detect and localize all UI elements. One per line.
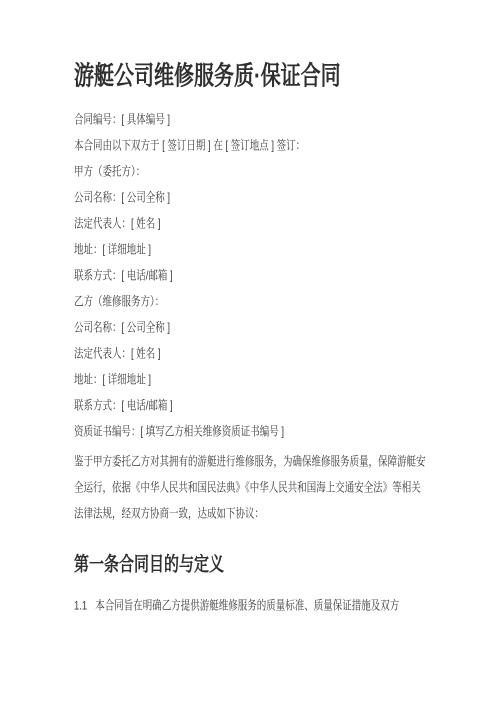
section-1-heading: 第一条合同目的与定义 [74, 549, 470, 583]
contract-title: 游艇公司维修服务质·保证合同 [74, 0, 470, 95]
contract-preamble: 鉴于甲方委托乙方对其拥有的游艇进行维修服务，为确保维修服务质量，保障游艇安 全运… [74, 450, 470, 528]
contract-meta-line-b-representative: 法定代表人：[ 姓名 ] [74, 342, 470, 368]
clause-number: 1.1 [74, 594, 87, 620]
contract-meta-line-signing-info: 本合同由以下双方于 [ 签订日期 ] 在 [ 签订地点 ] 签订： [74, 134, 470, 160]
preamble-line: 鉴于甲方委托乙方对其拥有的游艇进行维修服务，为确保维修服务质量，保障游艇安 [74, 450, 470, 476]
contract-meta-line-b-contact: 联系方式：[ 电话/邮箱 ] [74, 394, 470, 420]
clause-1-1: 1.1本合同旨在明确乙方提供游艇维修服务的质量标准、质量保证措施及双方 [74, 594, 470, 620]
preamble-line: 全运行，依据《中华人民共和国民法典》《中华人民共和国海上交通安全法》等相关 [74, 476, 470, 502]
contract-meta-line-a-company: 公司名称：[ 公司全称 ] [74, 186, 470, 212]
contract-document: 游艇公司维修服务质·保证合同 合同编号：[ 具体编号 ] 本合同由以下双方于 [… [0, 0, 500, 620]
contract-parties-block: 合同编号：[ 具体编号 ] 本合同由以下双方于 [ 签订日期 ] 在 [ 签订地… [74, 108, 470, 446]
contract-meta-line-b-company: 公司名称：[ 公司全称 ] [74, 316, 470, 342]
contract-meta-line-a-representative: 法定代表人：[ 姓名 ] [74, 212, 470, 238]
contract-meta-line-party-b: 乙方（维修服务方）： [74, 290, 470, 316]
clause-text: 本合同旨在明确乙方提供游艇维修服务的质量标准、质量保证措施及双方 [95, 599, 399, 613]
contract-meta-line-a-address: 地址：[ 详细地址 ] [74, 238, 470, 264]
contract-meta-line-party-a: 甲方（委托方）： [74, 160, 470, 186]
contract-meta-line-b-address: 地址：[ 详细地址 ] [74, 368, 470, 394]
preamble-line: 法律法规，经双方协商一致，达成如下协议： [74, 502, 470, 528]
document-page: 游艇公司维修服务质·保证合同 合同编号：[ 具体编号 ] 本合同由以下双方于 [… [0, 0, 500, 707]
contract-meta-line-qualification-number: 资质证书编号：[ 填写乙方相关维修资质证书编号 ] [74, 420, 470, 446]
contract-meta-line-a-contact: 联系方式：[ 电话/邮箱 ] [74, 264, 470, 290]
contract-meta-line-contract-number: 合同编号：[ 具体编号 ] [74, 108, 470, 134]
